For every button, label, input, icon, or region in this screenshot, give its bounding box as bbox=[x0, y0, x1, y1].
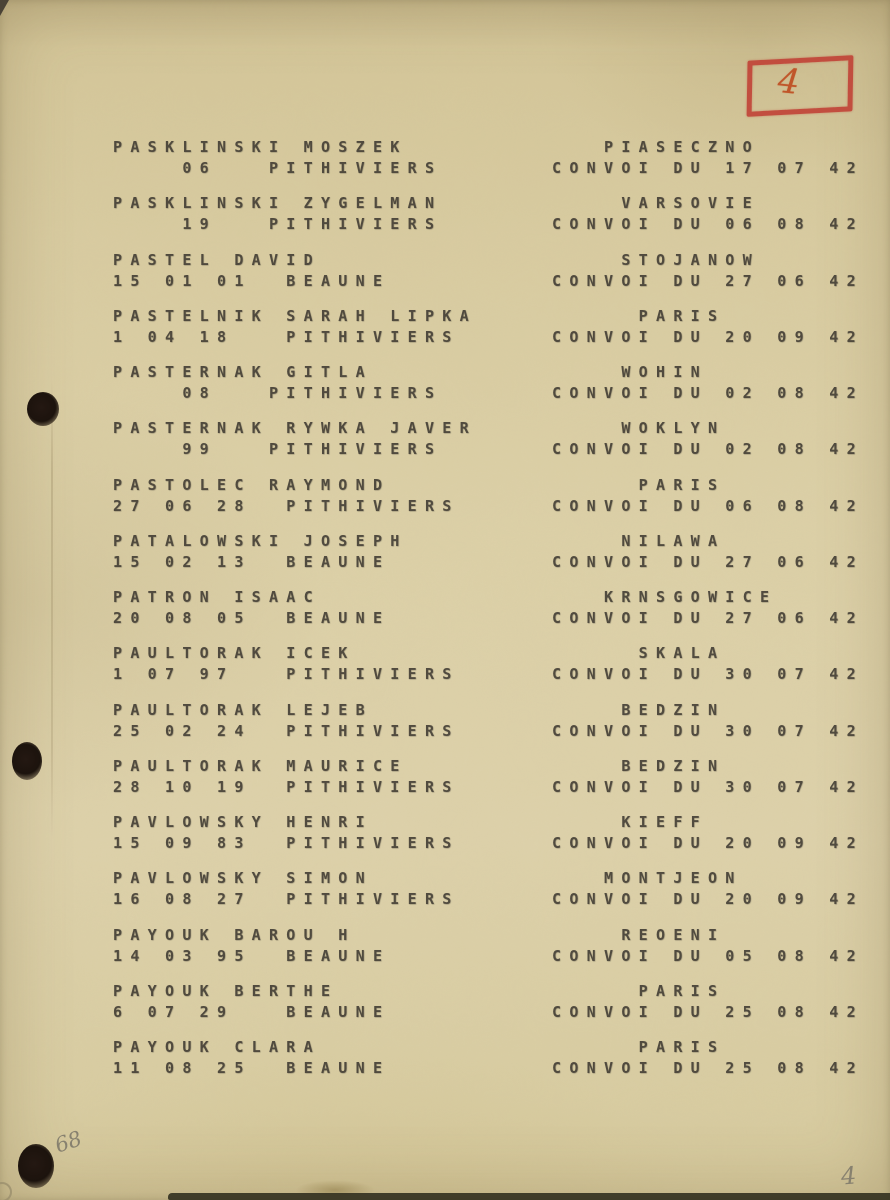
entry-origin-city: PARIS bbox=[552, 476, 725, 494]
entry-origin-city: NILAWA bbox=[552, 532, 725, 550]
entry-name: PASTERNAK RYWKA JAVER bbox=[113, 419, 477, 437]
entry-birth-camp: 27 06 28 PITHIVIERS bbox=[113, 497, 460, 515]
entry-birth-camp: 20 08 05 BEAUNE bbox=[113, 609, 390, 627]
paper-crease bbox=[51, 380, 53, 840]
entry-convoy-date: CONVOI DU 20 09 42 bbox=[552, 328, 864, 346]
entry-origin-city: BEDZIN bbox=[552, 757, 725, 775]
entry-origin-city: MONTJEON bbox=[552, 869, 743, 887]
entry-name: PASTEL DAVID bbox=[113, 251, 321, 269]
entry-convoy-date: CONVOI DU 20 09 42 bbox=[552, 890, 864, 908]
entry-birth-camp: 11 08 25 BEAUNE bbox=[113, 1059, 390, 1077]
entry-convoy-date: CONVOI DU 30 07 42 bbox=[552, 722, 864, 740]
entry-convoy-date: CONVOI DU 25 08 42 bbox=[552, 1059, 864, 1077]
scan-corner-artifact bbox=[0, 0, 9, 16]
entry-name: PAYOUK BERTHE bbox=[113, 982, 338, 1000]
entry-name: PASKLINSKI ZYGELMAN bbox=[113, 194, 442, 212]
entry-birth-camp: 1 04 18 PITHIVIERS bbox=[113, 328, 460, 346]
entry-birth-camp: 99 PITHIVIERS bbox=[113, 440, 442, 458]
entry-birth-camp: 16 08 27 PITHIVIERS bbox=[113, 890, 460, 908]
entry-origin-city: KRNSGOWICE bbox=[552, 588, 777, 606]
entry-name: PASTERNAK GITLA bbox=[113, 363, 373, 381]
entry-name: PAVLOWSKY HENRI bbox=[113, 813, 373, 831]
entry-origin-city: WOHIN bbox=[552, 363, 708, 381]
entry-origin-city: PARIS bbox=[552, 1038, 725, 1056]
entry-name: PASTOLEC RAYMOND bbox=[113, 476, 390, 494]
entry-origin-city: SKALA bbox=[552, 644, 725, 662]
entry-convoy-date: CONVOI DU 30 07 42 bbox=[552, 778, 864, 796]
entry-birth-camp: 06 PITHIVIERS bbox=[113, 159, 442, 177]
entry-convoy-date: CONVOI DU 27 06 42 bbox=[552, 553, 864, 571]
entry-name: PAULTORAK LEJEB bbox=[113, 701, 373, 719]
punch-hole-middle bbox=[12, 742, 42, 780]
entry-convoy-date: CONVOI DU 30 07 42 bbox=[552, 665, 864, 683]
entry-birth-camp: 1 07 97 PITHIVIERS bbox=[113, 665, 460, 683]
entry-convoy-date: CONVOI DU 06 08 42 bbox=[552, 497, 864, 515]
stamp-page-number: 4 bbox=[776, 61, 802, 103]
entry-convoy-date: CONVOI DU 27 06 42 bbox=[552, 609, 864, 627]
entry-convoy-date: CONVOI DU 20 09 42 bbox=[552, 834, 864, 852]
entry-name: PATALOWSKI JOSEPH bbox=[113, 532, 408, 550]
entry-birth-camp: 25 02 24 PITHIVIERS bbox=[113, 722, 460, 740]
entry-name: PAYOUK CLARA bbox=[113, 1038, 321, 1056]
entry-origin-city: VARSOVIE bbox=[552, 194, 760, 212]
entry-birth-camp: 15 09 83 PITHIVIERS bbox=[113, 834, 460, 852]
entry-convoy-date: CONVOI DU 27 06 42 bbox=[552, 272, 864, 290]
entry-origin-city: PIASECZNO bbox=[552, 138, 760, 156]
entry-birth-camp: 08 PITHIVIERS bbox=[113, 384, 442, 402]
pencil-page-number: 4 bbox=[840, 1162, 857, 1191]
entry-name: PAULTORAK ICEK bbox=[113, 644, 356, 662]
punch-hole-bottom bbox=[18, 1144, 54, 1188]
entry-origin-city: PARIS bbox=[552, 982, 725, 1000]
entry-birth-camp: 19 PITHIVIERS bbox=[113, 215, 442, 233]
entry-origin-city: WOKLYN bbox=[552, 419, 725, 437]
entry-name: PATRON ISAAC bbox=[113, 588, 321, 606]
scan-edge-strip bbox=[168, 1193, 890, 1200]
entry-origin-city: REOENI bbox=[552, 926, 725, 944]
entry-origin-city: KIEFF bbox=[552, 813, 708, 831]
entry-birth-camp: 28 10 19 PITHIVIERS bbox=[113, 778, 460, 796]
entry-convoy-date: CONVOI DU 05 08 42 bbox=[552, 947, 864, 965]
entry-birth-camp: 15 02 13 BEAUNE bbox=[113, 553, 390, 571]
entry-birth-camp: 14 03 95 BEAUNE bbox=[113, 947, 390, 965]
entry-origin-city: STOJANOW bbox=[552, 251, 760, 269]
punch-hole-top bbox=[27, 392, 59, 426]
entry-convoy-date: CONVOI DU 17 07 42 bbox=[552, 159, 864, 177]
entry-convoy-date: CONVOI DU 06 08 42 bbox=[552, 215, 864, 233]
entry-name: PAYOUK BAROU H bbox=[113, 926, 356, 944]
entry-convoy-date: CONVOI DU 02 08 42 bbox=[552, 384, 864, 402]
entry-convoy-date: CONVOI DU 02 08 42 bbox=[552, 440, 864, 458]
entry-name: PASKLINSKI MOSZEK bbox=[113, 138, 408, 156]
entry-origin-city: PARIS bbox=[552, 307, 725, 325]
entry-name: PAVLOWSKY SIMON bbox=[113, 869, 373, 887]
entry-name: PAULTORAK MAURICE bbox=[113, 757, 408, 775]
entry-name: PASTELNIK SARAH LIPKA bbox=[113, 307, 477, 325]
entry-birth-camp: 6 07 29 BEAUNE bbox=[113, 1003, 390, 1021]
entry-birth-camp: 15 01 01 BEAUNE bbox=[113, 272, 390, 290]
entry-convoy-date: CONVOI DU 25 08 42 bbox=[552, 1003, 864, 1021]
entry-origin-city: BEDZIN bbox=[552, 701, 725, 719]
